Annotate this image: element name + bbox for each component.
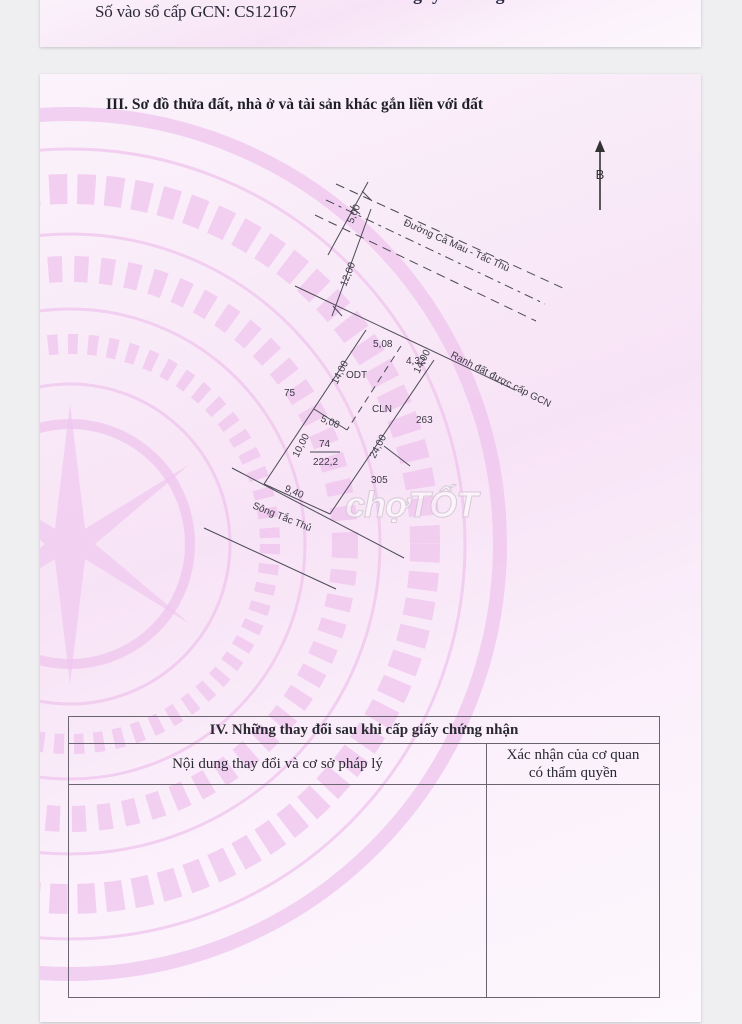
chotot-watermark: chợTỐT: [345, 484, 477, 526]
parcel-area: 222,2: [313, 457, 338, 468]
road-width-2: 12,00: [339, 260, 359, 288]
certificate-page-previous: Nguyễn Công ... Số vào sổ cấp GCN: CS121…: [40, 0, 701, 47]
river-label: Sông Tắc Thủ: [251, 499, 314, 534]
table-row: [69, 785, 660, 998]
signer-name: Nguyễn Công ...: [400, 0, 523, 5]
column-header-content: Nội dung thay đổi và cơ sở pháp lý: [69, 744, 487, 785]
road-label: Đường Cà Mau - Tắc Thủ: [402, 216, 512, 274]
section-4-title: IV. Những thay đổi sau khi cấp giấy chứn…: [69, 717, 660, 744]
dim-back: 9,40: [283, 484, 306, 502]
boundary-label: Ranh đất được cấp GCN: [449, 349, 553, 410]
column-header-confirmation-line1: Xác nhận của cơ quan: [487, 746, 659, 764]
changes-table: IV. Những thay đổi sau khi cấp giấy chứn…: [68, 716, 660, 998]
neighbor-right: 263: [416, 415, 433, 426]
neighbor-left: 75: [284, 388, 296, 399]
change-content-cell: [69, 785, 487, 998]
dim-inner-width: 5,08: [319, 414, 342, 432]
column-header-confirmation-line2: có thẩm quyền: [487, 764, 659, 782]
land-use-cln: CLN: [372, 404, 392, 415]
certificate-page-land-plot: III. Sơ đồ thửa đất, nhà ở và tài sản kh…: [40, 74, 701, 1022]
parcel-number: 74: [319, 439, 331, 450]
dim-right-side: 24,00: [368, 433, 389, 461]
column-header-confirmation: Xác nhận của cơ quan có thẩm quyền: [487, 744, 660, 785]
dim-left-lower: 10,00: [291, 432, 312, 460]
dim-front-odt: 5,08: [373, 339, 393, 350]
gcn-register-number: Số vào sổ cấp GCN: CS12167: [95, 2, 296, 22]
road-width-1: 5,00: [346, 203, 364, 226]
land-use-odt: ODT: [346, 370, 367, 381]
confirmation-cell: [487, 785, 660, 998]
